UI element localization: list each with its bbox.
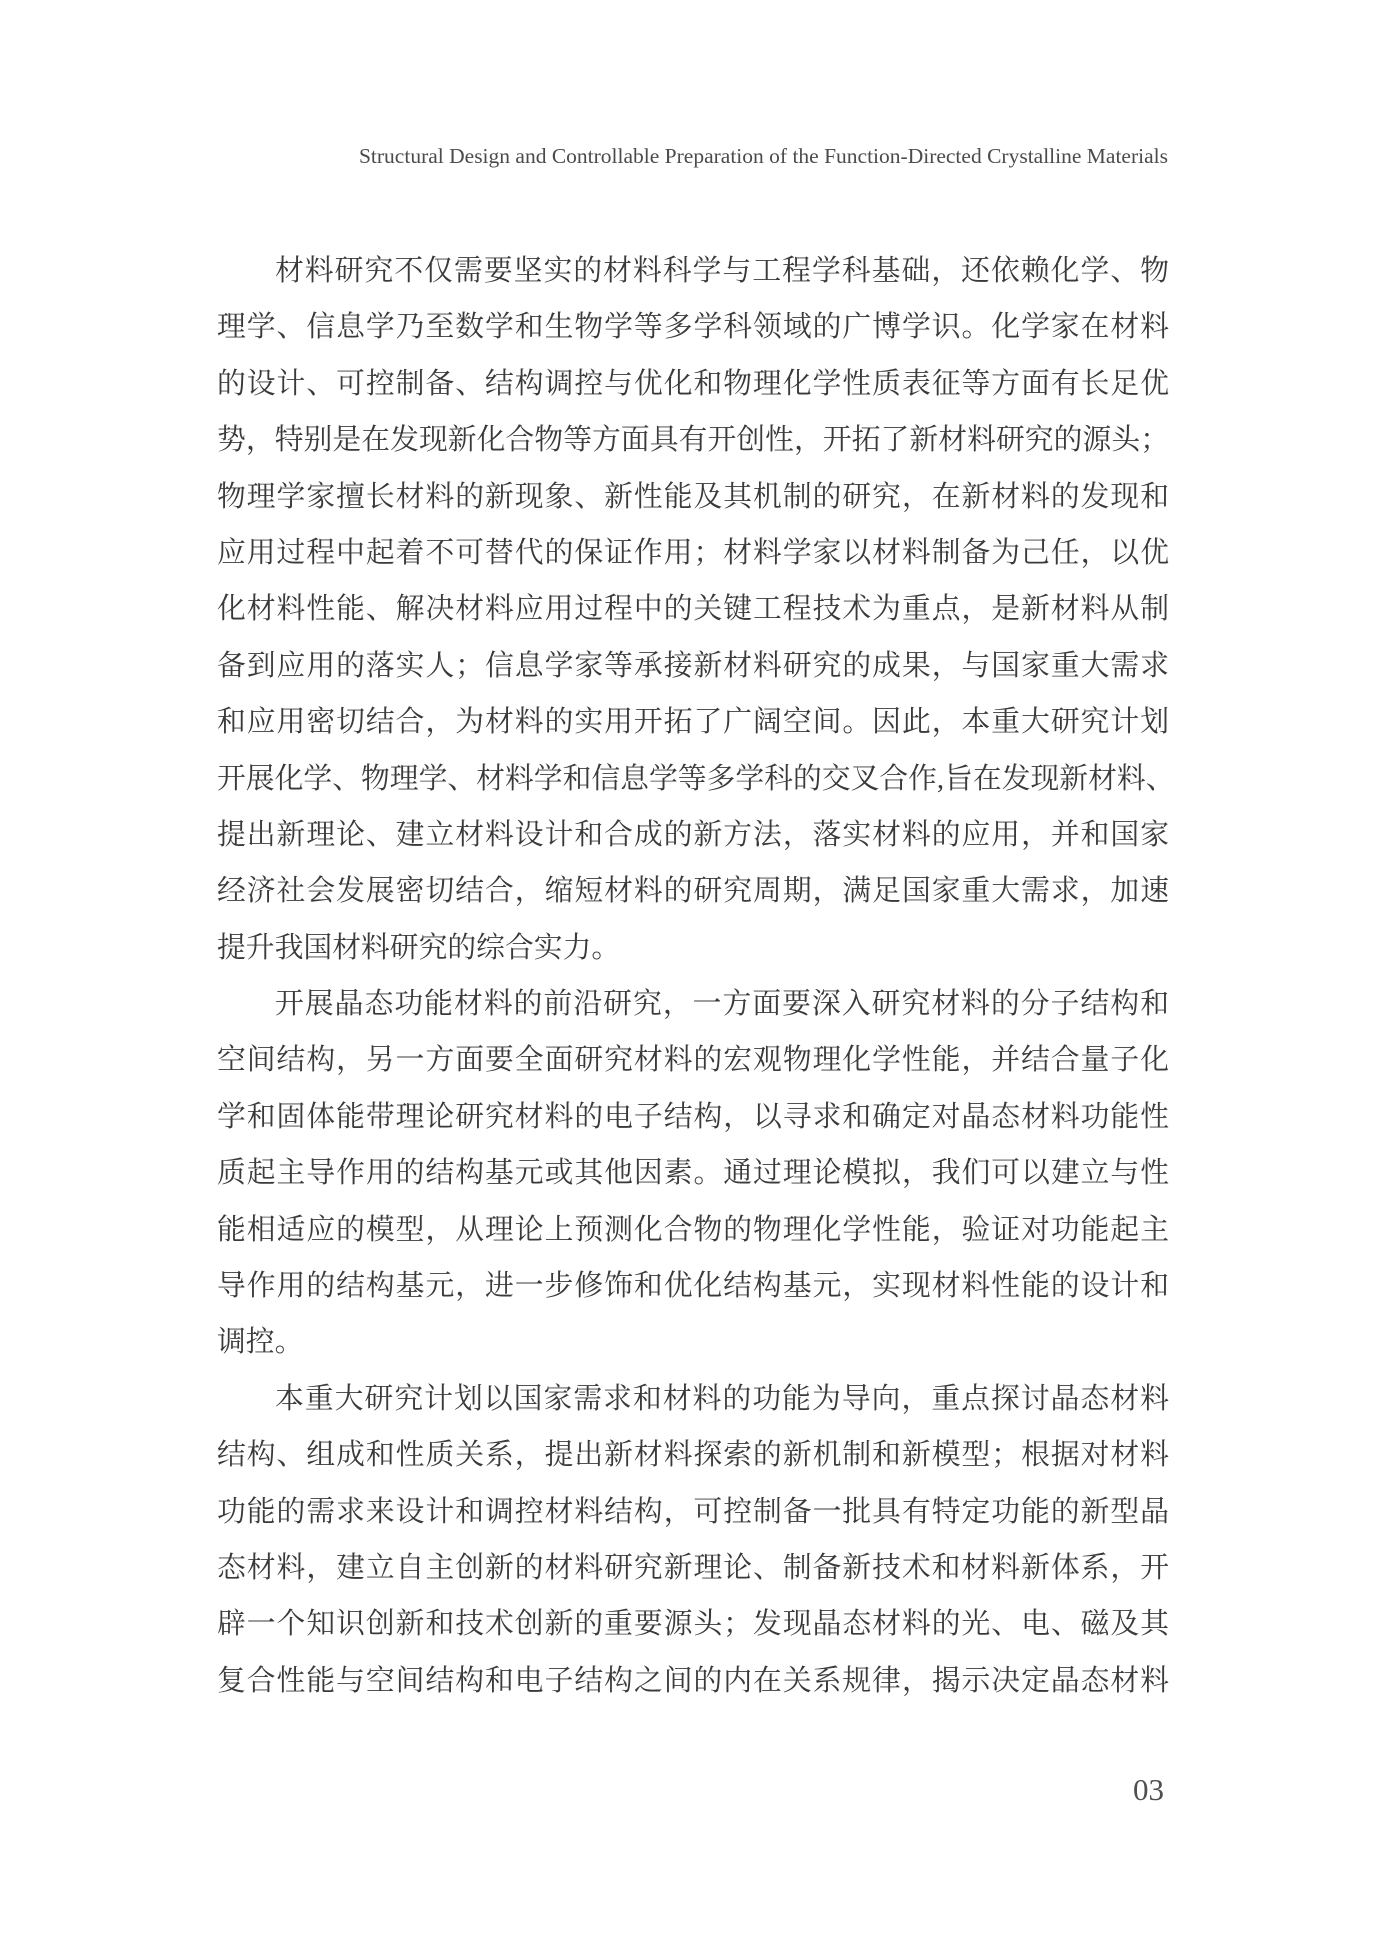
paragraph: 材料研究不仅需要坚实的材料科学与工程学科基础，还依赖化学、物理学、信息学乃至数学…: [217, 243, 1169, 976]
paragraph: 本重大研究计划以国家需求和材料的功能为导向，重点探讨晶态材料结构、组成和性质关系…: [217, 1371, 1169, 1709]
text-line: 质起主导作用的结构基元或其他因素。通过理论模拟，我们可以建立与性: [217, 1145, 1169, 1201]
document-page: Structural Design and Controllable Prepa…: [0, 0, 1386, 1937]
body-text: 材料研究不仅需要坚实的材料科学与工程学科基础，还依赖化学、物理学、信息学乃至数学…: [217, 243, 1169, 1709]
text-line: 调控。: [217, 1314, 1169, 1370]
running-header: Structural Design and Controllable Prepa…: [359, 141, 1168, 171]
text-line: 的设计、可控制备、结构调控与优化和物理化学性质表征等方面有长足优: [217, 356, 1169, 412]
text-line: 备到应用的落实人；信息学家等承接新材料研究的成果，与国家重大需求: [217, 638, 1169, 694]
text-line: 态材料，建立自主创新的材料研究新理论、制备新技术和材料新体系，开: [217, 1540, 1169, 1596]
text-line: 学和固体能带理论研究材料的电子结构，以寻求和确定对晶态材料功能性: [217, 1089, 1169, 1145]
text-line: 复合性能与空间结构和电子结构之间的内在关系规律，揭示决定晶态材料: [217, 1653, 1169, 1709]
text-line: 功能的需求来设计和调控材料结构，可控制备一批具有特定功能的新型晶: [217, 1484, 1169, 1540]
text-line: 应用过程中起着不可替代的保证作用；材料学家以材料制备为己任，以优: [217, 525, 1169, 581]
text-line: 提升我国材料研究的综合实力。: [217, 920, 1169, 976]
text-line: 理学、信息学乃至数学和生物学等多学科领域的广博学识。化学家在材料: [217, 299, 1169, 355]
text-line: 势，特别是在发现新化合物等方面具有开创性，开拓了新材料研究的源头；: [217, 412, 1169, 468]
text-line: 物理学家擅长材料的新现象、新性能及其机制的研究，在新材料的发现和: [217, 469, 1169, 525]
paragraph: 开展晶态功能材料的前沿研究，一方面要深入研究材料的分子结构和空间结构，另一方面要…: [217, 976, 1169, 1371]
text-line: 经济社会发展密切结合，缩短材料的研究周期，满足国家重大需求，加速: [217, 863, 1169, 919]
text-line: 本重大研究计划以国家需求和材料的功能为导向，重点探讨晶态材料: [217, 1371, 1169, 1427]
text-line: 开展化学、物理学、材料学和信息学等多学科的交叉合作,旨在发现新材料、: [217, 751, 1169, 807]
text-line: 材料研究不仅需要坚实的材料科学与工程学科基础，还依赖化学、物: [217, 243, 1169, 299]
page-number: 03: [1133, 1772, 1164, 1808]
text-line: 导作用的结构基元，进一步修饰和优化结构基元，实现材料性能的设计和: [217, 1258, 1169, 1314]
text-line: 结构、组成和性质关系，提出新材料探索的新机制和新模型；根据对材料: [217, 1427, 1169, 1483]
text-line: 空间结构，另一方面要全面研究材料的宏观物理化学性能，并结合量子化: [217, 1032, 1169, 1088]
text-line: 辟一个知识创新和技术创新的重要源头；发现晶态材料的光、电、磁及其: [217, 1596, 1169, 1652]
text-line: 提出新理论、建立材料设计和合成的新方法，落实材料的应用，并和国家: [217, 807, 1169, 863]
text-line: 开展晶态功能材料的前沿研究，一方面要深入研究材料的分子结构和: [217, 976, 1169, 1032]
text-line: 和应用密切结合，为材料的实用开拓了广阔空间。因此，本重大研究计划: [217, 694, 1169, 750]
text-line: 能相适应的模型，从理论上预测化合物的物理化学性能，验证对功能起主: [217, 1202, 1169, 1258]
text-line: 化材料性能、解决材料应用过程中的关键工程技术为重点，是新材料从制: [217, 581, 1169, 637]
